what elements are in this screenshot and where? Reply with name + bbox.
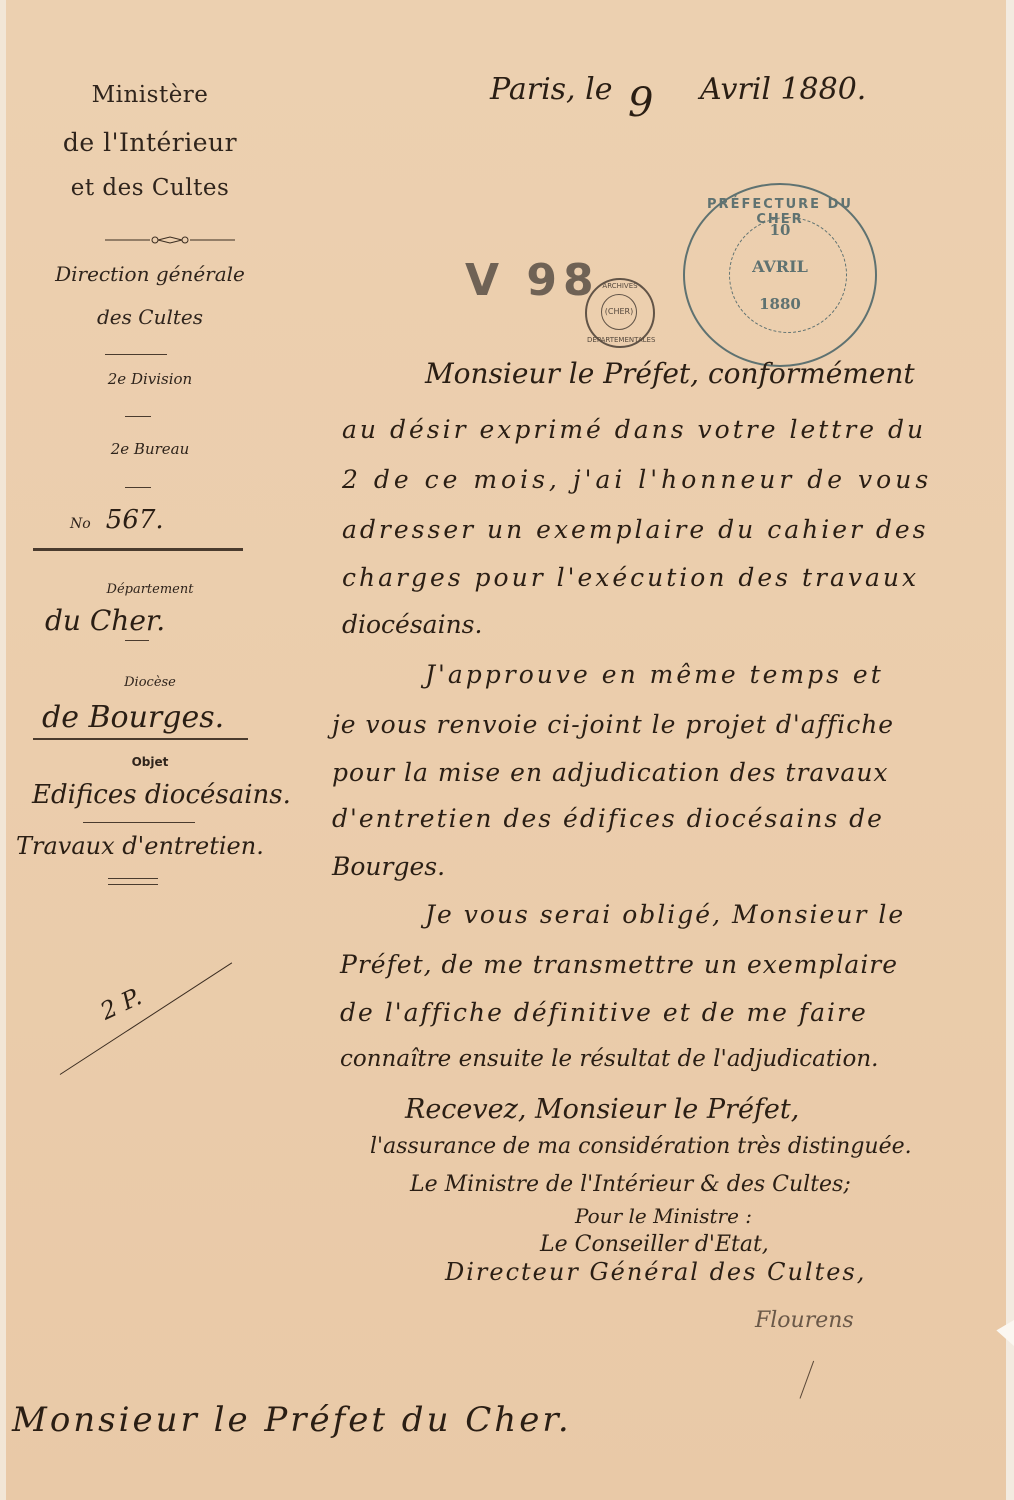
closing-line: Recevez, Monsieur le Préfet, [405,1094,799,1125]
ministry-line-2: de l'Intérieur [0,128,300,157]
division-label: 2e Division [0,370,300,388]
date-day: 9 [628,80,653,126]
direction-line-1: Direction générale [0,262,300,286]
object-line-2: Travaux d'entretien. [16,832,264,860]
object-line-1: Edifices diocésains. [32,780,291,810]
body-line: au désir exprimé dans votre lettre du [342,415,926,444]
department-value: du Cher. [45,604,165,637]
body-line: J'approuve en même temps et [425,660,884,689]
divider [125,416,151,417]
reference-stamp: V 98 [465,255,600,306]
signature-line-2: Pour le Ministre : [575,1204,752,1228]
signature-line-1: Le Ministre de l'Intérieur & des Cultes; [410,1172,851,1197]
archives-stamp-center: (CHER) [601,294,637,330]
divider [125,640,149,641]
diocese-label: Diocèse [0,675,300,690]
prefecture-stamp-month: AVRIL [685,257,875,276]
number-value: 567. [106,505,164,535]
body-line: 2 de ce mois, j'ai l'honneur de vous [342,465,932,494]
divider [83,822,195,823]
direction-line-2: des Cultes [0,305,300,329]
department-label: Département [0,582,300,597]
prefecture-stamp-day: 10 [685,221,875,239]
divider [125,487,151,488]
body-line: connaître ensuite le résultat de l'adjud… [340,1046,878,1072]
signature: Flourens [755,1308,854,1333]
number-field: No 567. [70,505,164,535]
divider-ornate [33,738,248,740]
divider [108,884,158,885]
date-month-year: Avril 1880. [700,72,866,107]
body-line: pour la mise en adjudication des travaux [332,758,889,787]
object-label: Objet [0,755,300,769]
body-line: Préfet, de me transmettre un exemplaire [340,950,898,979]
ministry-line-3: et des Cultes [0,175,300,201]
prefecture-stamp-year: 1880 [685,295,875,313]
bureau-label: 2e Bureau [0,440,300,458]
archives-stamp-bottom: DÉPARTEMENTALES [587,336,653,344]
paper-edge-left [0,0,6,1500]
body-line: diocésains. [342,610,482,639]
divider [108,878,158,879]
body-line: charges pour l'exécution des travaux [342,563,919,592]
diocese-value: de Bourges. [42,700,224,735]
divider [105,354,167,355]
body-line: je vous renvoie ci-joint le projet d'aff… [332,710,894,739]
number-label: No [70,516,91,532]
signature-line-3: Le Conseiller d'Etat, [540,1232,769,1257]
archives-stamp: ARCHIVES (CHER) DÉPARTEMENTALES [585,278,655,348]
body-line: Monsieur le Préfet, conformément [425,357,915,390]
date-place: Paris, le [490,72,612,107]
body-line: Je vous serai obligé, Monsieur le [425,900,905,929]
body-line: adresser un exemplaire du cahier des [342,515,929,544]
ministry-line-1: Ministère [0,82,300,108]
ornament-divider-icon [105,235,235,245]
paper-edge-right [1006,0,1014,1500]
body-line: de l'affiche définitive et de me faire [340,998,868,1027]
signature-line-4: Directeur Général des Cultes, [445,1258,866,1286]
prefecture-received-stamp: PRÉFECTURE DU CHER 10 AVRIL 1880 [683,183,877,367]
body-line: Bourges. [332,852,445,881]
closing-line: l'assurance de ma considération très dis… [370,1134,912,1159]
body-line: d'entretien des édifices diocésains de [332,804,884,833]
archives-stamp-top: ARCHIVES [587,282,653,290]
addressee: Monsieur le Préfet du Cher. [12,1400,572,1440]
divider-thick [33,548,243,551]
